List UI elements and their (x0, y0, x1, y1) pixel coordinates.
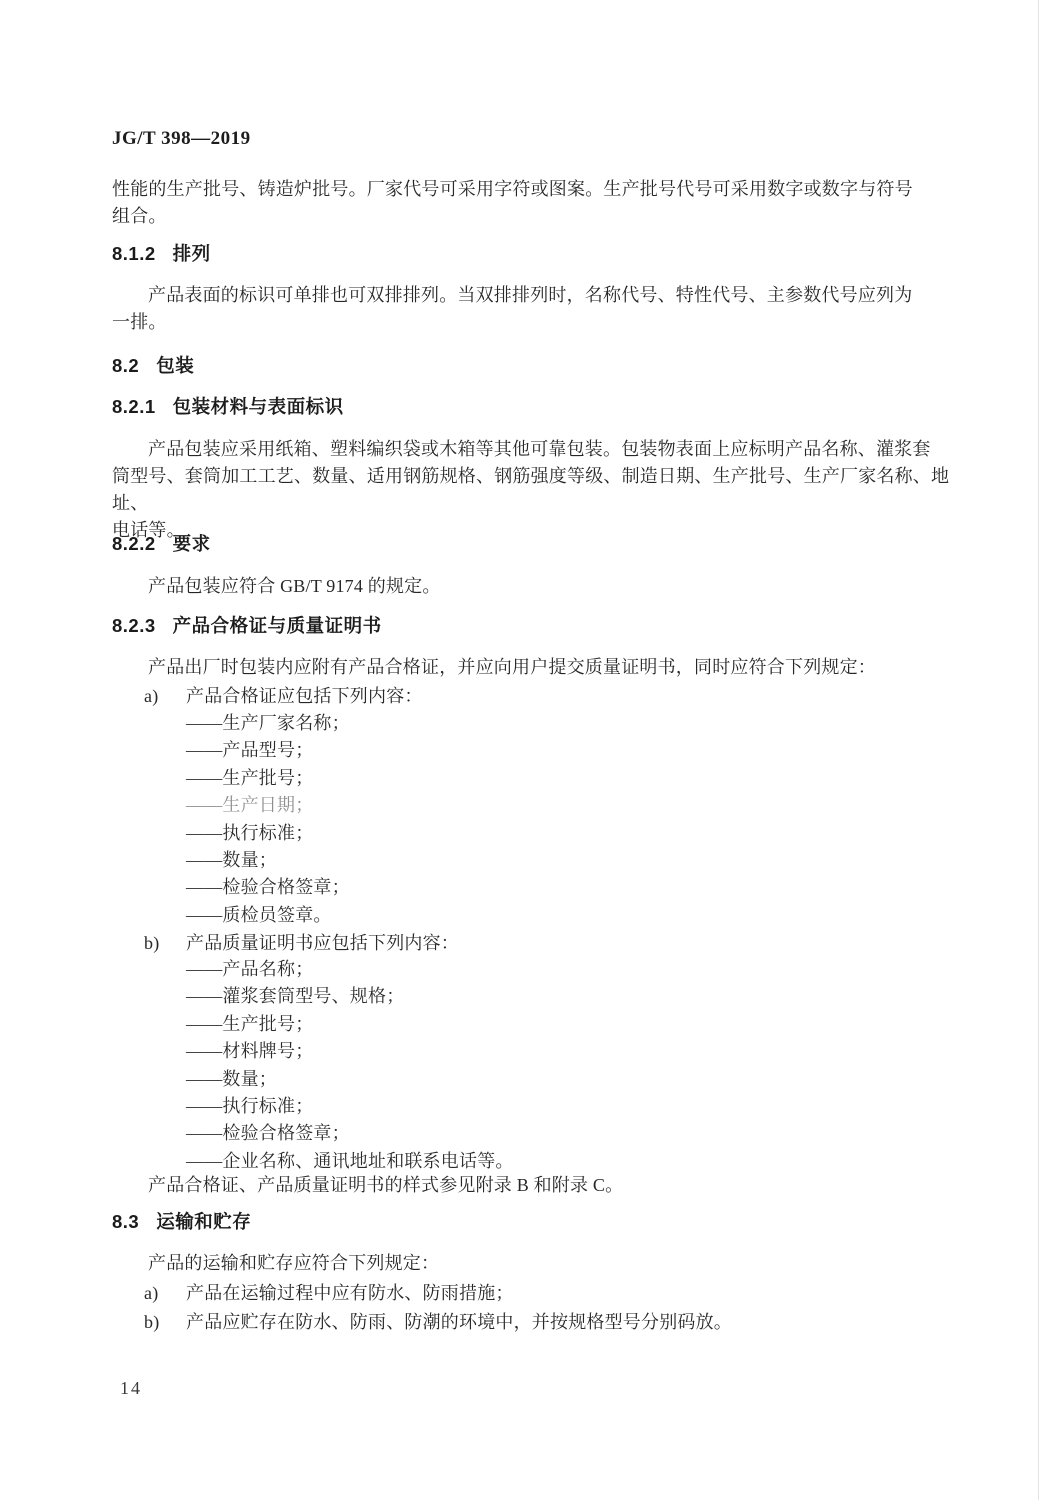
dash-item: ——生产日期； (112, 792, 952, 819)
dash-item: ——检验合格签章； (112, 1120, 952, 1147)
doc-code-header: JG/T 398—2019 (112, 128, 952, 150)
dash-item: ——灌浆套筒型号、规格； (112, 983, 952, 1010)
list-marker-b: b) (144, 933, 186, 954)
heading-title: 运输和贮存 (156, 1211, 251, 1232)
dash-item: ——产品名称； (112, 956, 952, 983)
dash-list-a: ——生产厂家名称； ——产品型号； ——生产批号； ——生产日期； ——执行标准… (112, 710, 952, 929)
heading-number: 8.2 (112, 355, 139, 377)
heading-8-2-2: 8.2.2要求 (112, 530, 952, 556)
heading-title: 包装 (156, 355, 194, 376)
heading-8-2: 8.2包装 (112, 352, 952, 378)
dash-item: ——执行标准； (112, 1093, 952, 1120)
dash-item: ——检验合格签章； (112, 874, 952, 901)
paragraph-8-2-3: 产品出厂时包装内应附有产品合格证，并应向用户提交质量证明书，同时应符合下列规定： (112, 654, 952, 681)
heading-title: 产品合格证与质量证明书 (173, 615, 382, 636)
transport-item-a-text: 产品在运输过程中应有防水、防雨措施； (186, 1283, 514, 1303)
dash-item: ——执行标准； (112, 820, 952, 847)
list-item-b: b)产品质量证明书应包括下列内容： (112, 929, 952, 955)
dash-item: ——数量； (112, 1066, 952, 1093)
list-marker-a: a) (144, 686, 186, 707)
dash-item: ——生产厂家名称； (112, 710, 952, 737)
heading-8-1-2: 8.1.2排列 (112, 240, 952, 266)
heading-number: 8.3 (112, 1211, 139, 1233)
list-item-b-text: 产品质量证明书应包括下列内容： (186, 933, 459, 953)
list-item-a: a)产品合格证应包括下列内容： (112, 682, 952, 708)
heading-title: 要求 (173, 533, 211, 554)
scan-edge-line (1038, 0, 1039, 1500)
heading-number: 8.2.2 (112, 533, 156, 555)
heading-8-2-3: 8.2.3产品合格证与质量证明书 (112, 612, 952, 638)
dash-item: ——数量； (112, 847, 952, 874)
document-page: JG/T 398—2019 性能的生产批号、铸造炉批号。厂家代号可采用字符或图案… (0, 0, 1060, 1500)
paragraph-8-3: 产品的运输和贮存应符合下列规定： (112, 1250, 952, 1277)
heading-title: 包装材料与表面标识 (173, 396, 344, 417)
heading-title: 排列 (173, 243, 211, 264)
paragraph-8-2-2: 产品包装应符合 GB/T 9174 的规定。 (112, 573, 952, 600)
list-marker-a: a) (144, 1283, 186, 1304)
list-marker-b: b) (144, 1312, 186, 1333)
paragraph-continuation: 性能的生产批号、铸造炉批号。厂家代号可采用字符或图案。生产批号代号可采用数字或数… (112, 176, 952, 230)
heading-number: 8.2.1 (112, 396, 156, 418)
dash-item: ——生产批号； (112, 1011, 952, 1038)
transport-item-a: a)产品在运输过程中应有防水、防雨措施； (112, 1279, 952, 1305)
heading-number: 8.2.3 (112, 615, 156, 637)
paragraph-8-2-1: 产品包装应采用纸箱、塑料编织袋或木箱等其他可靠包装。包装物表面上应标明产品名称、… (112, 436, 952, 544)
dash-item: ——生产批号； (112, 765, 952, 792)
dash-item: ——材料牌号； (112, 1038, 952, 1065)
list-item-a-text: 产品合格证应包括下列内容： (186, 686, 423, 706)
paragraph-8-1-2: 产品表面的标识可单排也可双排排列。当双排排列时，名称代号、特性代号、主参数代号应… (112, 282, 952, 336)
dash-item: ——质检员签章。 (112, 902, 952, 929)
page-number: 14 (120, 1378, 142, 1399)
paragraph-appendix-reference: 产品合格证、产品质量证明书的样式参见附录 B 和附录 C。 (112, 1172, 952, 1199)
heading-number: 8.1.2 (112, 243, 156, 265)
dash-item: ——产品型号； (112, 737, 952, 764)
transport-item-b-text: 产品应贮存在防水、防雨、防潮的环境中，并按规格型号分别码放。 (186, 1312, 732, 1332)
dash-list-b: ——产品名称； ——灌浆套筒型号、规格； ——生产批号； ——材料牌号； ——数… (112, 956, 952, 1175)
heading-8-2-1: 8.2.1包装材料与表面标识 (112, 393, 952, 419)
heading-8-3: 8.3运输和贮存 (112, 1208, 952, 1234)
transport-item-b: b)产品应贮存在防水、防雨、防潮的环境中，并按规格型号分别码放。 (112, 1308, 952, 1334)
